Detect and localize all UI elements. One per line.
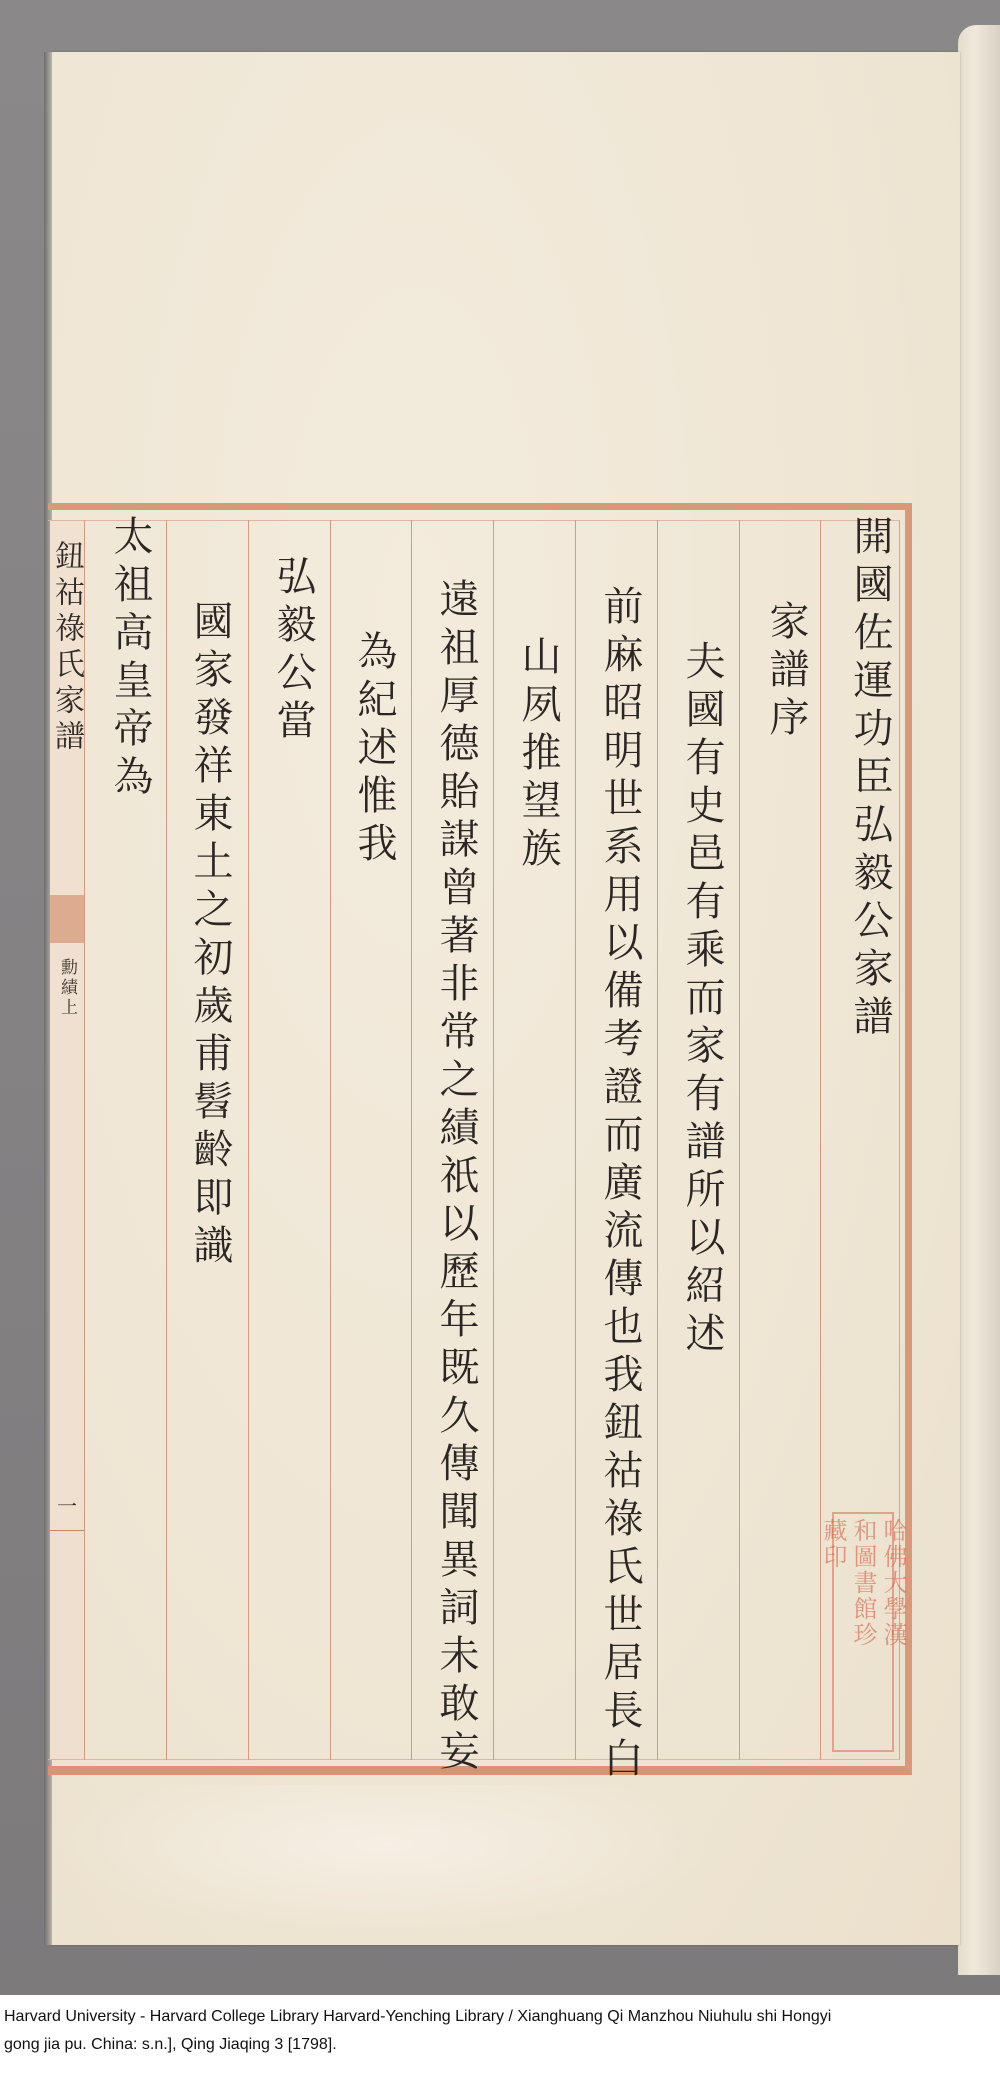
seal-column: 哈佛大學漢 — [879, 1518, 907, 1746]
paper-stain — [55, 1785, 715, 1935]
text-column-7: 為紀述惟我 — [334, 630, 414, 870]
caption-line-1: Harvard University - Harvard College Lib… — [4, 2003, 994, 2031]
text-column-10: 太祖高皇帝為 — [90, 515, 170, 803]
text-column-6: 遠祖厚德貽謀曾著非常之績祇以歷年既久傳聞異詞未敢妄 — [416, 578, 496, 1778]
seal-column: 和圖書館珍 — [849, 1518, 877, 1746]
page-curl-right — [958, 25, 1000, 1975]
text-column-9: 國家發祥東土之初歲甫髫齡即識 — [170, 600, 250, 1272]
text-column-2-heading: 家譜序 — [746, 600, 826, 744]
text-column-8: 弘毅公當 — [253, 555, 333, 747]
library-seal: 哈佛大學漢 和圖書館珍 藏印 — [832, 1512, 894, 1752]
text-column-1-title: 開國佐運功臣弘毅公家譜 — [830, 515, 910, 1043]
text-column-4: 前麻昭明世系用以備考證而廣流傳也我鈕祜祿氏世居長白 — [580, 585, 660, 1785]
column-rule — [84, 520, 85, 1760]
text-column-3: 夫國有史邑有乘而家有譜所以紹述 — [662, 640, 742, 1360]
caption-line-2: gong jia pu. China: s.n.], Qing Jiaqing … — [4, 2031, 994, 2059]
text-column-5: 山夙推望族 — [498, 635, 578, 875]
image-caption: Harvard University - Harvard College Lib… — [4, 2003, 994, 2059]
seal-column: 藏印 — [819, 1518, 847, 1746]
